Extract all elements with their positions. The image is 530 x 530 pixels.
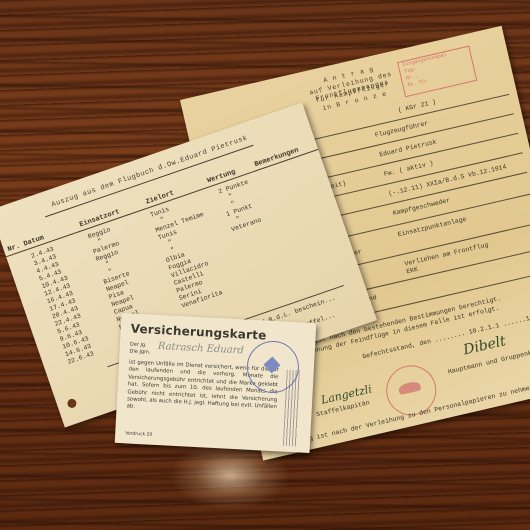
red-receipt-stamp: Eingangsstempel Tag: Nr.: Ak. Fü: — [397, 46, 477, 98]
wertung-column: 2 Punkte " " 1 Punkt " Veterano — [217, 179, 262, 235]
zielort-column: Tunis " Menzel Temime Tunis " " Olbia Fo… — [149, 196, 231, 311]
dates-column: 2.4.43 3.4.43 4.4.43 5.4.43 10.4.43 12.4… — [30, 244, 95, 366]
card-form-number: Vordruck 20 — [125, 431, 152, 437]
punch-hole — [66, 398, 77, 409]
card-holder-name: Ratrasch Eduard — [158, 341, 245, 356]
card-label-jgm: Die Jgm. — [129, 348, 150, 355]
card-title: Versicherungskarte — [130, 321, 266, 342]
commander-signature: Dibelt — [462, 333, 508, 358]
vertical-stamp-text — [283, 370, 301, 447]
card-label-jg: Der Jg. — [130, 341, 147, 348]
insurance-card: Versicherungskarte Der Jg. Die Jgm. Ratr… — [115, 313, 317, 453]
